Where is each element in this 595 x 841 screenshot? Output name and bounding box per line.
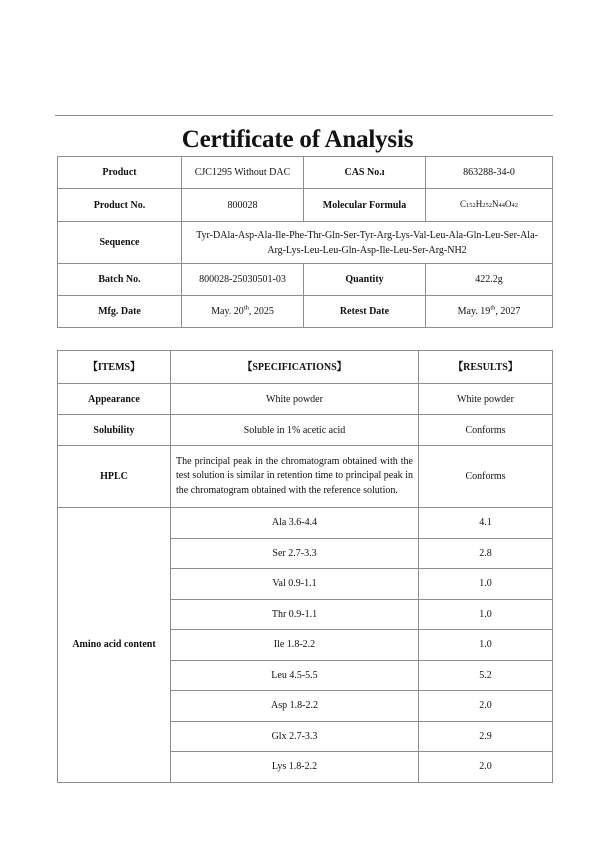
test-item: Solubility: [58, 415, 171, 446]
info-row-sequence: Sequence Tyr-DAla-Asp-Ala-Ile-Phe-Thr-Gl…: [58, 222, 553, 264]
retest-date-year: , 2027: [495, 306, 520, 317]
test-results-table: 【ITEMS】 【SPECIFICATIONS】 【RESULTS】 Appea…: [57, 350, 553, 783]
test-item: Appearance: [58, 384, 171, 415]
amino-result: 5.2: [419, 660, 553, 691]
amino-spec: Val 0.9-1.1: [171, 569, 419, 600]
quantity-value: 422.2g: [426, 264, 553, 296]
sequence-label: Sequence: [58, 222, 182, 264]
sequence-line-1: Tyr-DAla-Asp-Ala-Ile-Phe-Thr-Gln-Ser-Tyr…: [188, 228, 546, 243]
info-row-batch: Batch No. 800028-25030501-03 Quantity 42…: [58, 264, 553, 296]
product-no-value: 800028: [182, 189, 304, 222]
product-no-label: Product No.: [58, 189, 182, 222]
quantity-label: Quantity: [304, 264, 426, 296]
test-spec: Soluble in 1% acetic acid: [171, 415, 419, 446]
mfg-date-day: May. 20: [211, 306, 244, 317]
formula-c-count: 152: [466, 202, 476, 209]
amino-result: 4.1: [419, 508, 553, 539]
product-info-table: Product CJC1295 Without DAC CAS No.ı 863…: [57, 156, 553, 328]
mfg-date-value: May. 20th, 2025: [182, 296, 304, 328]
formula-o-count: 42: [512, 202, 519, 209]
sequence-value: Tyr-DAla-Asp-Ala-Ile-Phe-Thr-Gln-Ser-Tyr…: [182, 222, 553, 264]
product-label: Product: [58, 157, 182, 189]
tests-header-row: 【ITEMS】 【SPECIFICATIONS】 【RESULTS】: [58, 351, 553, 384]
amino-spec: Glx 2.7-3.3: [171, 721, 419, 752]
test-row-solubility: Solubility Soluble in 1% acetic acid Con…: [58, 415, 553, 446]
test-result: Conforms: [419, 415, 553, 446]
amino-result: 1.0: [419, 569, 553, 600]
document-title: Certificate of Analysis: [0, 124, 595, 156]
test-result: White powder: [419, 384, 553, 415]
molecular-formula-value: C152H252N44O42: [426, 189, 553, 222]
info-row-dates: Mfg. Date May. 20th, 2025 Retest Date Ma…: [58, 296, 553, 328]
amino-result: 2.9: [419, 721, 553, 752]
mfg-date-label: Mfg. Date: [58, 296, 182, 328]
formula-label: Molecular Formula: [304, 189, 426, 222]
formula-h-count: 252: [482, 202, 492, 209]
header-results: 【RESULTS】: [419, 351, 553, 384]
test-result: Conforms: [419, 446, 553, 508]
amino-spec: Ile 1.8-2.2: [171, 630, 419, 661]
retest-date-value: May. 19th, 2027: [426, 296, 553, 328]
test-row-appearance: Appearance White powder White powder: [58, 384, 553, 415]
test-spec: White powder: [171, 384, 419, 415]
batch-label: Batch No.: [58, 264, 182, 296]
amino-result: 2.8: [419, 538, 553, 569]
amino-acid-item: Amino acid content: [58, 508, 171, 783]
cas-value: 863288-34-0: [426, 157, 553, 189]
header-specifications: 【SPECIFICATIONS】: [171, 351, 419, 384]
amino-result: 2.0: [419, 752, 553, 783]
retest-date-day: May. 19: [458, 306, 491, 317]
batch-value: 800028-25030501-03: [182, 264, 304, 296]
test-item: HPLC: [58, 446, 171, 508]
amino-spec: Ser 2.7-3.3: [171, 538, 419, 569]
info-row-product-no: Product No. 800028 Molecular Formula C15…: [58, 189, 553, 222]
header-items: 【ITEMS】: [58, 351, 171, 384]
amino-result: 2.0: [419, 691, 553, 722]
sequence-line-2: Arg-Lys-Leu-Leu-Gln-Asp-Ile-Leu-Ser-Arg-…: [188, 243, 546, 258]
retest-date-label: Retest Date: [304, 296, 426, 328]
amino-result: 1.0: [419, 630, 553, 661]
header-divider: [55, 115, 553, 116]
info-row-product: Product CJC1295 Without DAC CAS No.ı 863…: [58, 157, 553, 189]
amino-spec: Asp 1.8-2.2: [171, 691, 419, 722]
amino-spec: Leu 4.5-5.5: [171, 660, 419, 691]
amino-result: 1.0: [419, 599, 553, 630]
amino-spec: Ala 3.6-4.4: [171, 508, 419, 539]
test-row-hplc: HPLC The principal peak in the chromatog…: [58, 446, 553, 508]
test-spec: The principal peak in the chromatogram o…: [171, 446, 419, 508]
cas-label: CAS No.ı: [304, 157, 426, 189]
mfg-date-year: , 2025: [249, 306, 274, 317]
amino-row: Amino acid content Ala 3.6-4.4 4.1: [58, 508, 553, 539]
product-value: CJC1295 Without DAC: [182, 157, 304, 189]
amino-spec: Lys 1.8-2.2: [171, 752, 419, 783]
amino-spec: Thr 0.9-1.1: [171, 599, 419, 630]
